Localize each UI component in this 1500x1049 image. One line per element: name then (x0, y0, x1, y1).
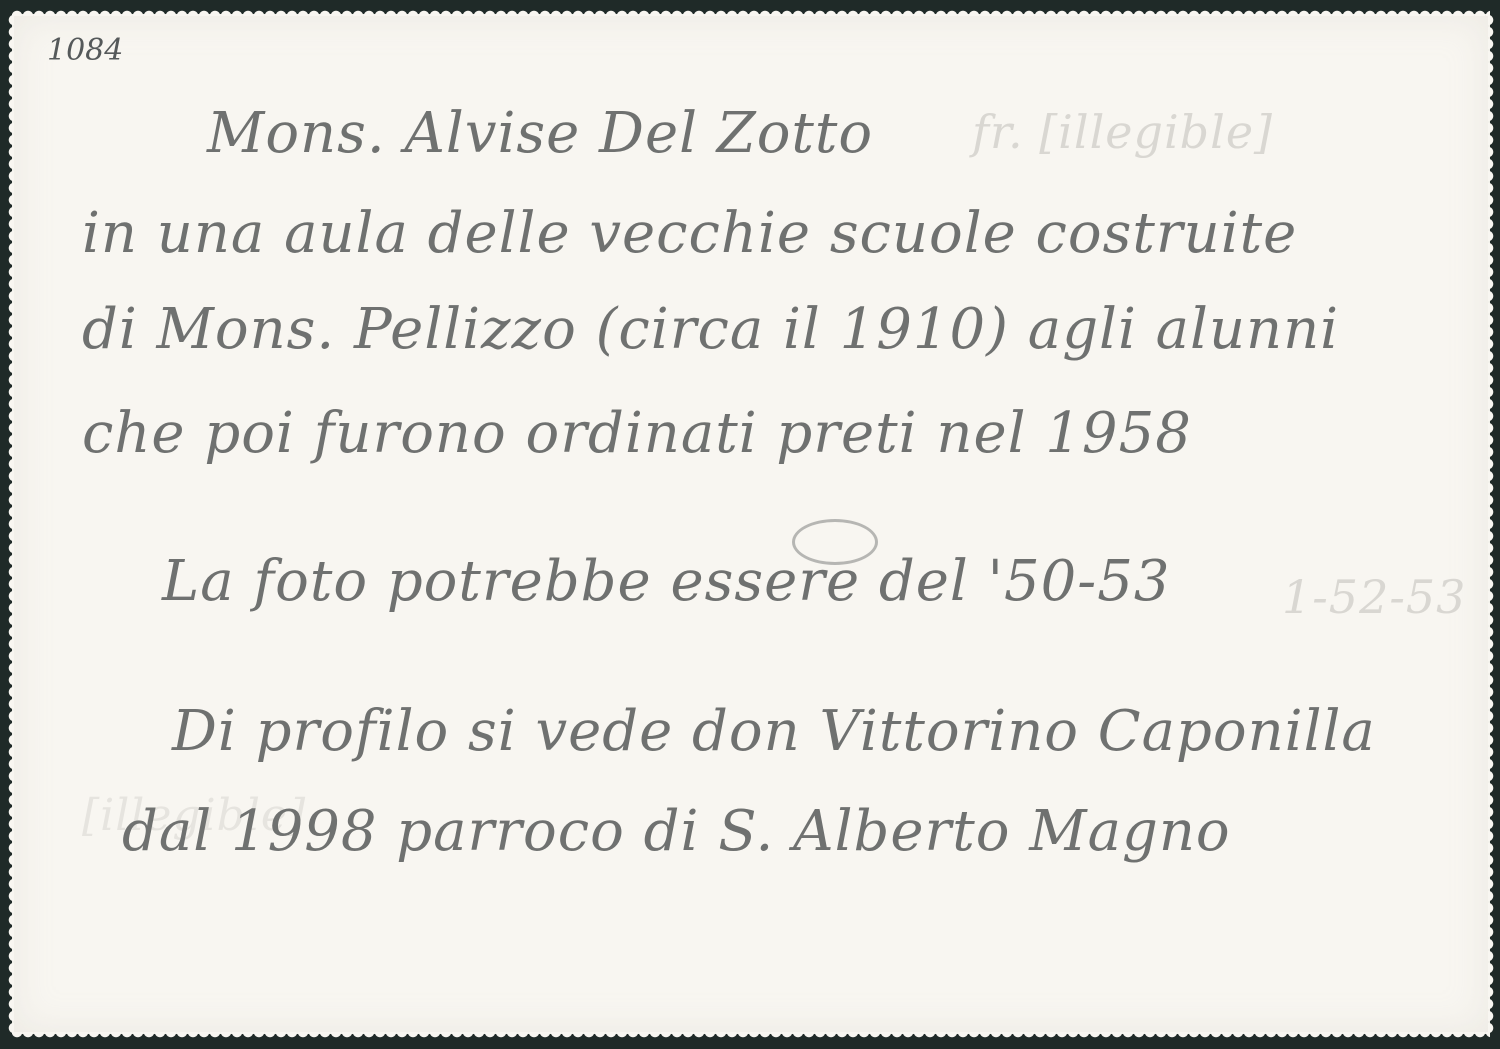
handwritten-line: in una aula delle vecchie scuole costrui… (82, 206, 1297, 262)
handwritten-line: La foto potrebbe essere del '50-53 (162, 554, 1170, 610)
deckle-edge-right (1488, 14, 1496, 1034)
erased-note: fr. [illegible] (972, 109, 1273, 155)
deckle-edge-top (12, 8, 1490, 16)
handwritten-line: che poi furono ordinati preti nel 1958 (82, 406, 1192, 462)
deckle-edge-left (6, 14, 14, 1034)
handwritten-line: dal 1998 parroco di S. Alberto Magno (122, 804, 1231, 860)
erased-note: 1-52-53 (1282, 574, 1466, 620)
photo-back-card: 1084 fr. [illegible] 1-52-53 [illegible]… (12, 14, 1490, 1034)
catalog-number: 1084 (47, 36, 123, 66)
handwritten-line-title: Mons. Alvise Del Zotto (207, 106, 873, 162)
handwritten-line: Di profilo si vede don Vittorino Caponil… (172, 704, 1376, 760)
handwritten-line: di Mons. Pellizzo (circa il 1910) agli a… (82, 302, 1339, 358)
deckle-edge-bottom (12, 1032, 1490, 1040)
